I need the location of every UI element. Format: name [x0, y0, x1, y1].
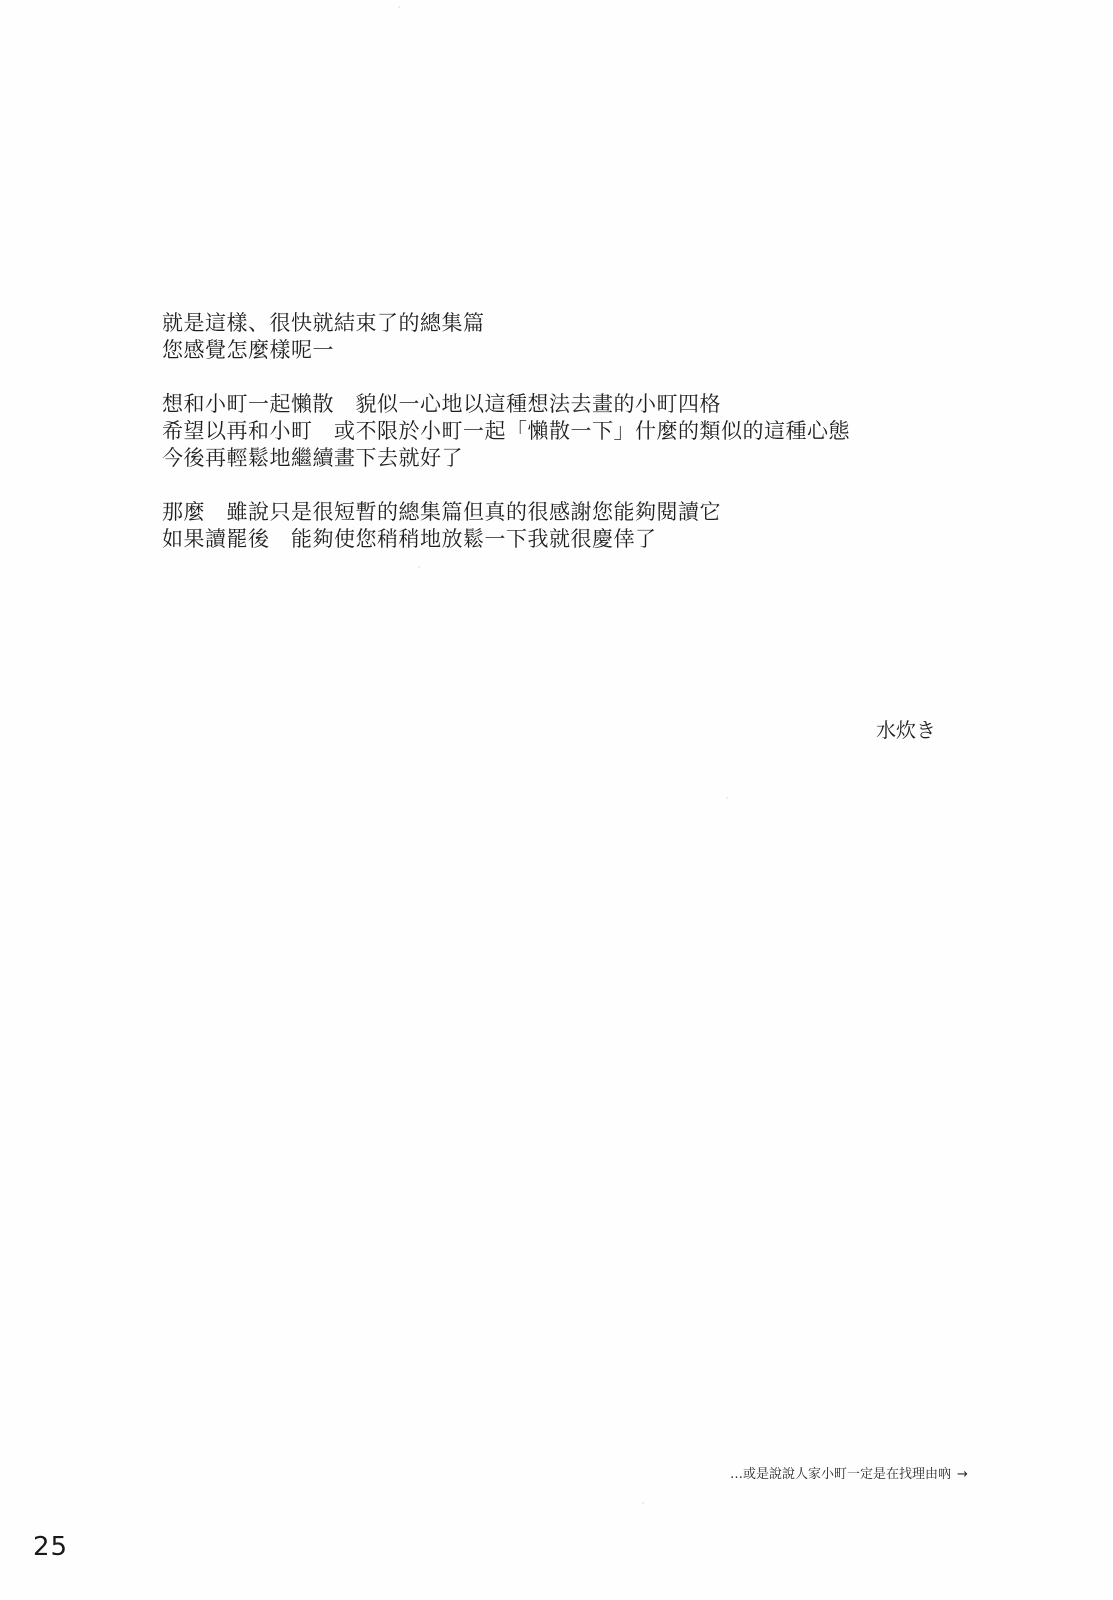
text-line: 想和小町一起懶散 貌似一心地以這種想法去畫的小町四格	[162, 391, 922, 418]
page-number: 25	[33, 1533, 68, 1561]
scan-speck	[726, 797, 728, 799]
text-line: 就是這樣、很快就結束了的總集篇	[162, 310, 922, 337]
scan-speck	[642, 1502, 644, 1504]
footnote: …或是說說人家小町一定是在找理由吶→	[730, 1466, 968, 1484]
text-line: 希望以再和小町 或不限於小町一起「懶散一下」什麼的類似的這種心態	[162, 418, 922, 445]
text-line: 今後再輕鬆地繼續畫下去就好了	[162, 445, 922, 472]
paragraph-2: 想和小町一起懶散 貌似一心地以這種想法去畫的小町四格 希望以再和小町 或不限於小…	[162, 391, 922, 472]
arrow-right-icon: →	[957, 1467, 968, 1482]
afterword-text: 就是這樣、很快就結束了的總集篇 您感覺怎麼樣呢一 想和小町一起懶散 貌似一心地以…	[162, 310, 922, 553]
footnote-text: …或是說說人家小町一定是在找理由吶	[730, 1467, 951, 1482]
text-line: 如果讀罷後 能夠使您稍稍地放鬆一下我就很慶倖了	[162, 526, 922, 553]
document-page: 就是這樣、很快就結束了的總集篇 您感覺怎麼樣呢一 想和小町一起懶散 貌似一心地以…	[0, 0, 1113, 1600]
text-line: 您感覺怎麼樣呢一	[162, 337, 922, 364]
author-signature: 水炊き	[876, 717, 936, 743]
paragraph-3: 那麼 雖說只是很短暫的總集篇但真的很感謝您能夠閱讀它 如果讀罷後 能夠使您稍稍地…	[162, 499, 922, 553]
scan-speck	[398, 6, 400, 8]
scan-speck	[418, 566, 420, 568]
paragraph-1: 就是這樣、很快就結束了的總集篇 您感覺怎麼樣呢一	[162, 310, 922, 364]
text-line: 那麼 雖說只是很短暫的總集篇但真的很感謝您能夠閱讀它	[162, 499, 922, 526]
